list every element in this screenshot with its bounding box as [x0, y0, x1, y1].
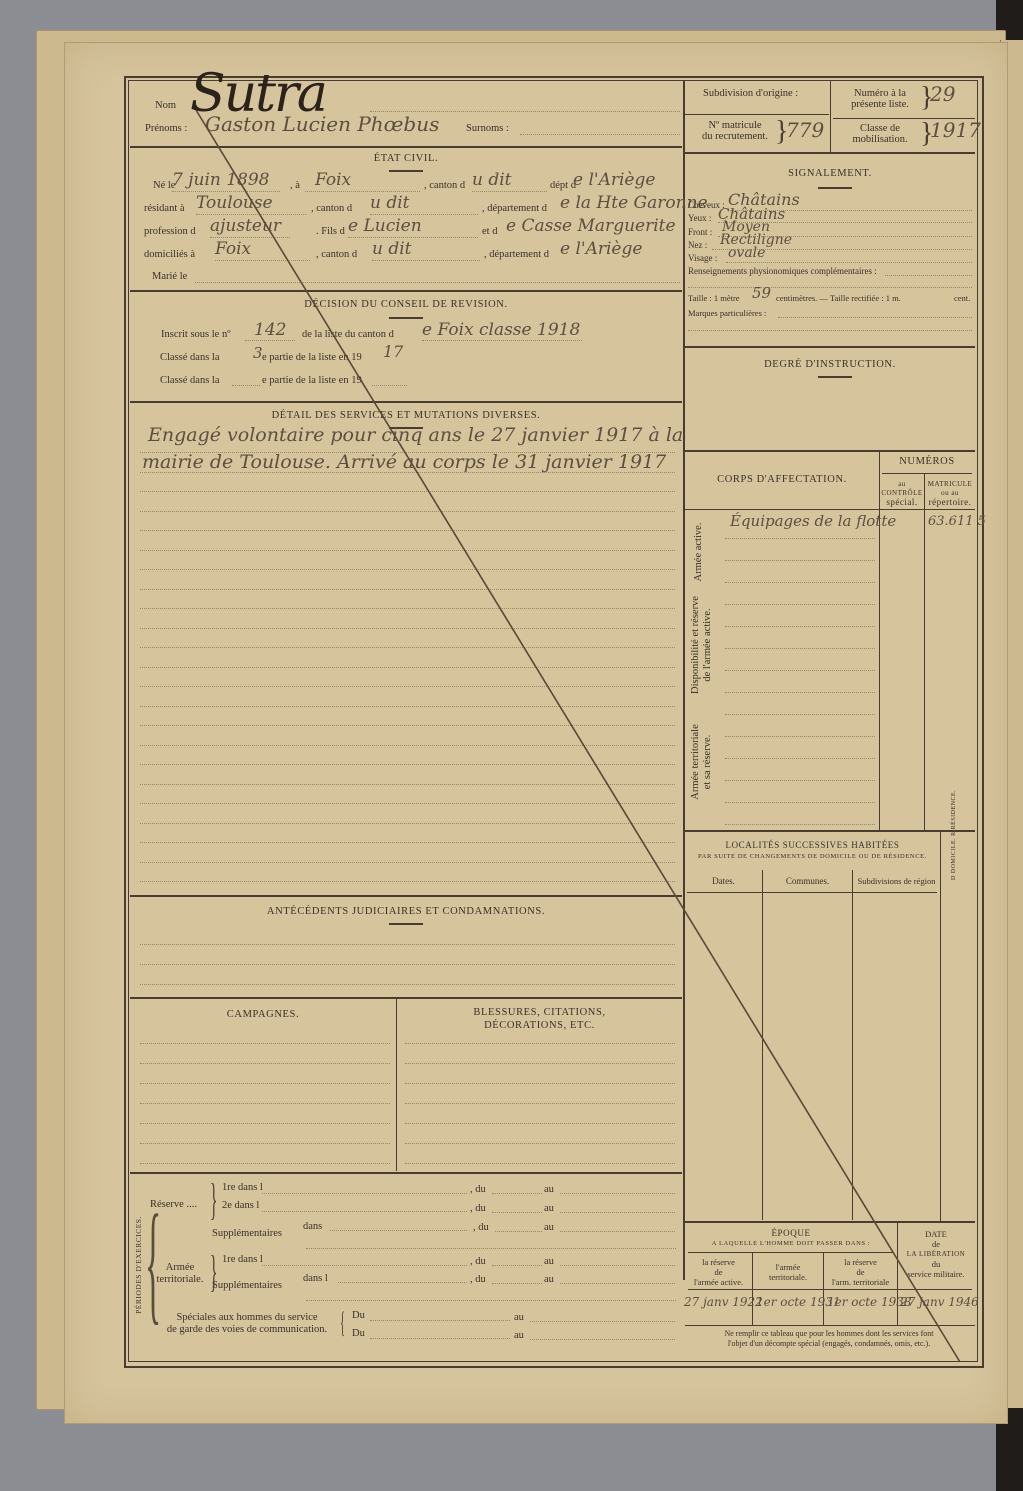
- residence-value[interactable]: Toulouse: [196, 193, 273, 213]
- birth-place-value[interactable]: Foix: [315, 170, 351, 190]
- surnoms-label: Surnoms :: [466, 123, 509, 134]
- taille-value[interactable]: 59: [752, 284, 771, 302]
- birth-date-value[interactable]: 7 juin 1898: [172, 170, 270, 190]
- classe-value[interactable]: 1917: [930, 118, 981, 142]
- services-line-1[interactable]: Engagé volontaire pour cinq ans le 27 ja…: [148, 424, 683, 446]
- nom-label: Nom: [155, 100, 176, 111]
- parents-domicile-value[interactable]: Foix: [215, 239, 251, 259]
- inscrit-value[interactable]: 142: [254, 320, 286, 340]
- liberation-date-value[interactable]: 27 janv 1946: [900, 1295, 979, 1309]
- father-value[interactable]: e Lucien: [348, 216, 422, 236]
- epoque-reserve-territoriale-value[interactable]: 1er octe 1938: [827, 1295, 912, 1309]
- prenoms-value[interactable]: Gaston Lucien Phœbus: [205, 112, 439, 136]
- epoque-reserve-active-value[interactable]: 27 janv 1922: [684, 1295, 763, 1309]
- numero-value[interactable]: 29: [930, 82, 955, 106]
- mother-value[interactable]: e Casse Marguerite: [506, 216, 676, 236]
- prenoms-label: Prénoms :: [145, 123, 187, 134]
- etat-civil-title: ÉTAT CIVIL.: [130, 153, 682, 164]
- visage-value[interactable]: ovale: [728, 245, 765, 261]
- canton-list-value[interactable]: e Foix classe 1918: [422, 320, 580, 340]
- services-line-2[interactable]: mairie de Toulouse. Arrivé au corps le 3…: [142, 451, 666, 473]
- profession-value[interactable]: ajusteur: [210, 216, 281, 236]
- matricule-value[interactable]: 779: [786, 118, 824, 142]
- affectation-matricule-value[interactable]: 63.611 5: [928, 514, 986, 529]
- corps-value[interactable]: Équipages de la flotte: [730, 512, 896, 530]
